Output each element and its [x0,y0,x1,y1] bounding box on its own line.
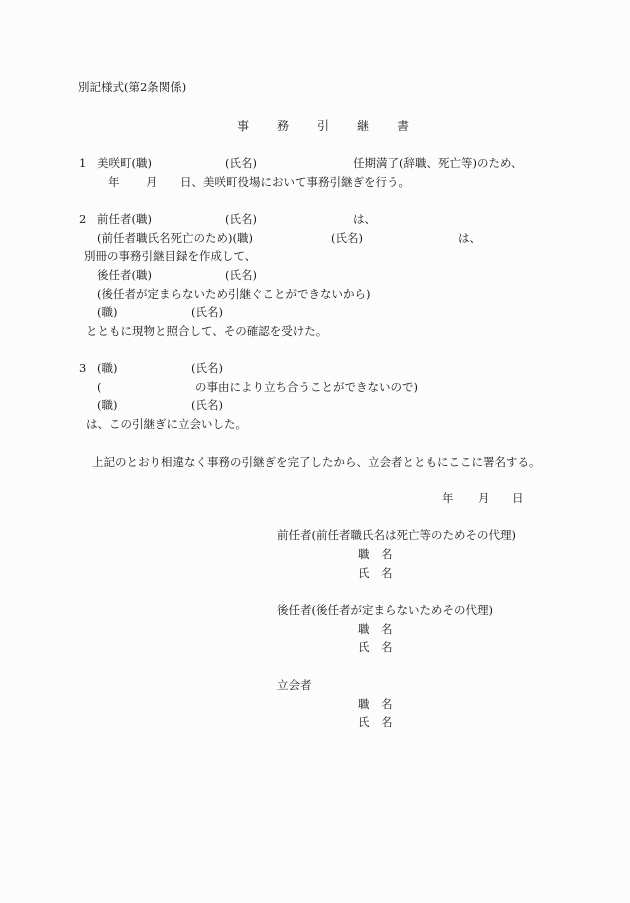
witness-name-label: (氏名) [191,361,223,375]
position-label: 美咲町(職) [97,156,152,170]
predecessor-position-label: 前任者(職) [97,212,152,226]
title-char: 務 [277,119,317,133]
month-label: 月 [146,175,158,189]
signature-name-label: 氏 名 [358,566,393,580]
deceased-name-label: (氏名) [331,231,363,245]
title-char: 引 [317,119,357,133]
document-title: 事務引継書 [237,119,437,133]
position-label: (職) [97,305,117,319]
title-char: 書 [397,119,437,133]
year-label: 年 [108,175,120,189]
substitute-position-label: (職) [97,398,117,412]
open-paren: ( [97,380,102,394]
reason-text: 任期満了(辞職、死亡等)のため、 [353,156,523,170]
title-char: 継 [357,119,397,133]
signature-name-label: 氏 名 [358,640,393,654]
signature-position-label: 職 名 [358,697,393,711]
name-label: (氏名) [225,156,257,170]
section-number: 2 [79,212,86,226]
successor-name-label: (氏名) [225,268,257,282]
successor-position-label: 後任者(職) [97,268,152,282]
form-label: 別記様式(第2条関係) [78,80,186,94]
date-year-label: 年 [442,491,454,505]
substitute-name-label: (氏名) [191,398,223,412]
witness-position-label: (職) [97,361,117,375]
signature-heading: 立会者 [277,678,312,692]
witnessed-text: は、この引継ぎに立会いした。 [86,417,247,431]
section-number: 1 [79,156,86,170]
inventory-text: 別冊の事務引継目録を作成して、 [84,249,256,263]
no-successor-text: (後任者が定まらないため引継ぐことができないから) [97,287,370,301]
closing-statement: 上記のとおり相違なく事務の引継ぎを完了したから、立会者とともにここに署名する。 [92,455,541,469]
name-label: (氏名) [191,305,223,319]
document-page: 別記様式(第2条関係) 事務引継書 1 美咲町(職) (氏名) 任期満了(辞職、… [0,0,630,903]
date-day-label: 日 [512,491,524,505]
section-number: 3 [79,361,86,375]
signature-name-label: 氏 名 [358,715,393,729]
signature-heading: 前任者(前任者職氏名は死亡等のためその代理) [277,528,516,542]
suffix-text: は、 [353,212,376,226]
signature-heading: 後任者(後任者が定まらないためその代理) [277,603,493,617]
absence-reason-text: の事由により立ち合うことができないので) [195,380,418,394]
handover-text: 日、美咲町役場において事務引継ぎを行う。 [180,175,410,189]
signature-position-label: 職 名 [358,622,393,636]
title-char: 事 [237,119,277,133]
date-month-label: 月 [478,491,490,505]
deceased-position-label: (前任者職氏名死亡のため)(職) [97,231,253,245]
suffix-text: は、 [458,231,481,245]
signature-position-label: 職 名 [358,547,393,561]
confirmation-text: とともに現物と照合して、その確認を受けた。 [86,324,327,338]
predecessor-name-label: (氏名) [225,212,257,226]
